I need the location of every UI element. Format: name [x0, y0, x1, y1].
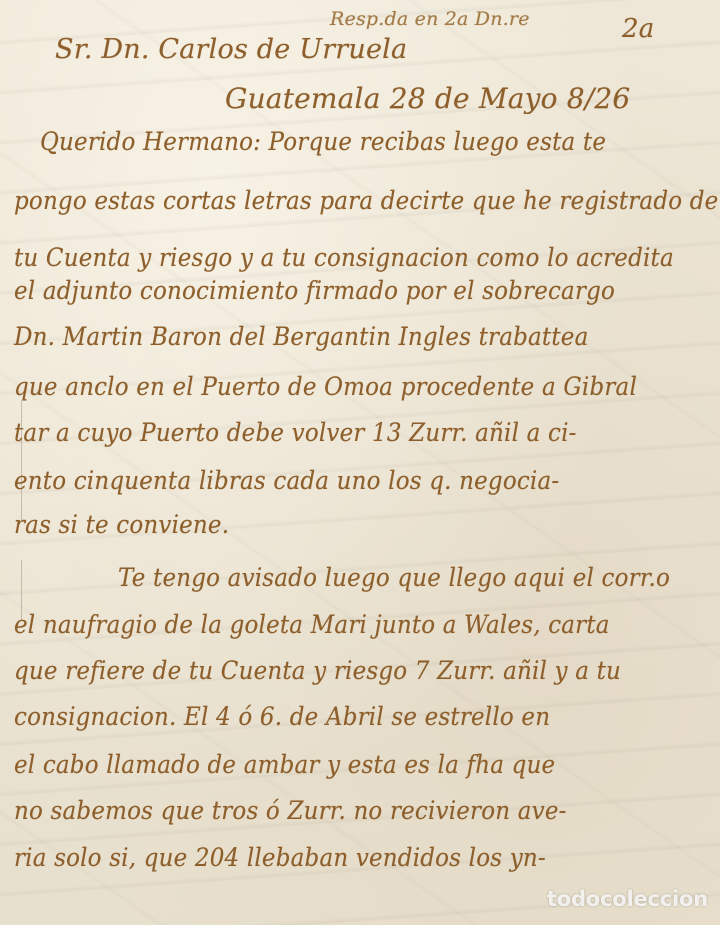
watermark-logo: todocoleccion	[547, 887, 708, 911]
letter-page: Resp.da en 2a Dn.re 2a Sr. Dn. Carlos de…	[0, 0, 720, 925]
letter-line: pongo estas cortas letras para decirte q…	[14, 186, 718, 215]
letter-line: que refiere de tu Cuenta y riesgo 7 Zurr…	[14, 656, 621, 685]
letter-line: que anclo en el Puerto de Omoa procedent…	[14, 372, 637, 401]
addressee: Sr. Dn. Carlos de Urruela	[55, 34, 407, 65]
letter-line: el adjunto conocimiento firmado por el s…	[14, 276, 615, 305]
reference-note: Resp.da en 2a Dn.re	[330, 8, 530, 30]
letter-line: no sabemos que tros ó Zurr. no reciviero…	[14, 796, 567, 825]
letter-line: ria solo si, que 204 llebaban vendidos l…	[14, 843, 546, 872]
letter-line: tar a cuyo Puerto debe volver 13 Zurr. a…	[14, 418, 577, 447]
letter-line: el naufragio de la goleta Mari junto a W…	[14, 610, 610, 639]
letter-line: ras si te conviene.	[14, 510, 229, 539]
letter-line: ento cinquenta libras cada uno los q. ne…	[14, 466, 559, 495]
letter-line: Dn. Martin Baron del Bergantin Ingles tr…	[14, 322, 588, 351]
letter-line: el cabo llamado de ambar y esta es la fh…	[14, 750, 555, 779]
letter-line: consignacion. El 4 ó 6. de Abril se estr…	[14, 702, 550, 731]
letter-line: Querido Hermano: Porque recibas luego es…	[40, 127, 606, 156]
letter-line: tu Cuenta y riesgo y a tu consignacion c…	[14, 243, 674, 272]
letter-line: Te tengo avisado luego que llego aqui el…	[118, 563, 670, 592]
page-number: 2a	[622, 14, 654, 44]
dateline: Guatemala 28 de Mayo 8/26	[225, 82, 630, 115]
